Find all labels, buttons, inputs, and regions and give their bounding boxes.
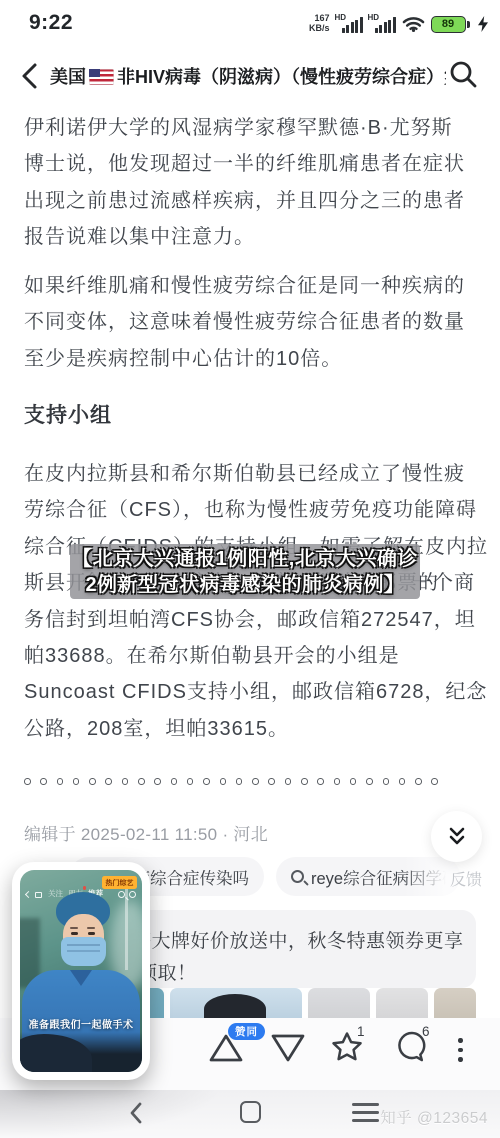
text-line: 出现之前患过流感样疾病，并且四分之三的患者 — [24, 183, 476, 219]
battery-level: 89 — [431, 16, 466, 33]
network-speed-unit: KB/s — [309, 24, 330, 34]
notification-dot — [83, 886, 87, 890]
text-line: 伊利诺伊大学的风湿病学家穆罕默德·B·尤努斯 — [24, 110, 476, 146]
paragraph-2: 如果纤维肌痛和慢性疲劳综合征是同一种疾病的 不同变体，这意味着慢性疲劳综合征患者… — [24, 268, 476, 377]
dots-divider — [24, 778, 438, 785]
floating-video-player[interactable]: 热门综艺 关注 朋友 推荐 准备跟我们一起做手术 — [12, 862, 150, 1080]
ad-text-line-1: 搭大牌好价放送中，秋冬特惠领券更享 — [132, 926, 464, 953]
text-line: 博士说，他发现超过一半的纤维肌痛患者在症状 — [24, 146, 476, 182]
text-fragment-right: 一个商 — [412, 565, 475, 601]
favorite-count: 1 — [357, 1024, 365, 1039]
paragraph-1: 伊利诺伊大学的风湿病学家穆罕默德·B·尤努斯 博士说，他发现超过一半的纤维肌痛患… — [24, 110, 476, 256]
ad-thumbnail[interactable] — [376, 988, 428, 1022]
edited-timestamp: 编辑于 2025-02-11 11:50 · 河北 — [24, 820, 268, 845]
text-line: Suncoast CFIDS支持小组，邮政信箱6728，纪念 — [24, 674, 476, 710]
page-title: 美国非HIV病毒（阴滋病）（慢性疲劳综合症）实... — [50, 63, 446, 89]
battery-icon: 89 — [431, 16, 471, 33]
charging-bolt-icon — [478, 16, 488, 32]
comment-count: 6 — [422, 1024, 430, 1039]
surgical-mask — [61, 937, 106, 966]
player-back-icon[interactable] — [25, 891, 32, 898]
text-line: 至少是疾病控制中心估计的10倍。 — [24, 341, 476, 377]
page-title-pre: 美国 — [50, 67, 86, 87]
text-line: 如果纤维肌痛和慢性疲劳综合征是同一种疾病的 — [24, 268, 476, 304]
search-button[interactable] — [449, 60, 478, 89]
nav-home-button[interactable] — [240, 1101, 261, 1123]
system-nav-bar: 知乎 @123654 — [0, 1090, 500, 1138]
app-screen: 9:22 167 KB/s HD HD — [0, 0, 500, 1138]
ad-thumbnail[interactable] — [308, 988, 370, 1022]
back-button[interactable] — [20, 62, 42, 90]
section-heading: 支持小组 — [24, 399, 112, 429]
watermark-line-1: 【北京大兴通报1例阳性,北京大兴确诊 — [72, 546, 418, 572]
cast-icon[interactable] — [35, 892, 42, 898]
signal-sim2-icon: HD — [369, 13, 396, 35]
text-line: 报告说难以集中注意力。 — [24, 219, 476, 255]
watermark-overlay: 【北京大兴通报1例阳性,北京大兴确诊 2例新型冠状病毒感染的肺炎病例】 — [70, 544, 420, 599]
text-line: 不同变体，这意味着慢性疲劳综合征患者的数量 — [24, 304, 476, 340]
paragraph-3: 在皮内拉斯县和希尔斯伯勒县已经成立了慢性疲 劳综合征（CFS），也称为慢性疲劳免… — [24, 456, 476, 747]
video-content[interactable]: 热门综艺 关注 朋友 推荐 准备跟我们一起做手术 — [20, 870, 142, 1072]
status-bar: 9:22 167 KB/s HD HD — [0, 0, 500, 48]
player-profile-icon[interactable] — [129, 891, 136, 898]
collapse-answer-button[interactable] — [431, 811, 482, 862]
page-title-rest: 非HIV病毒（阴滋病）（慢性疲劳综合症）实... — [117, 67, 446, 87]
related-search-chip-2[interactable]: reye综合征病因学研 — [276, 857, 460, 896]
downvote-button[interactable] — [270, 1032, 306, 1064]
more-options-button[interactable] — [458, 1038, 463, 1062]
wifi-icon — [402, 15, 425, 33]
text-line: 在皮内拉斯县和希尔斯伯勒县已经成立了慢性疲 — [24, 456, 476, 492]
ad-thumbnail[interactable] — [170, 988, 302, 1022]
search-icon — [291, 870, 304, 883]
text-line: 劳综合征（CFS），也称为慢性疲劳免疫功能障碍 — [24, 492, 476, 528]
text-line: 帕33688。在希尔斯伯勒县开会的小组是 — [24, 638, 476, 674]
watermark-line-2: 2例新型冠状病毒感染的肺炎病例】 — [85, 572, 404, 598]
upvote-badge: 赞同 — [228, 1023, 265, 1040]
status-icons: 167 KB/s HD HD 89 — [309, 8, 488, 40]
clock: 9:22 — [29, 11, 73, 35]
zhihu-watermark: 知乎 @123654 — [380, 1106, 488, 1128]
text-line: 公路，208室，坦帕33615。 — [24, 711, 476, 747]
us-flag-icon — [89, 69, 114, 85]
signal-sim1-icon: HD — [336, 13, 363, 35]
video-caption: 准备跟我们一起做手术 — [20, 1016, 142, 1031]
player-search-icon[interactable] — [118, 891, 125, 898]
network-speed: 167 KB/s — [309, 14, 330, 34]
feedback-link[interactable]: 反馈 — [450, 867, 482, 890]
text-line: 务信封到坦帕湾CFS协会，邮政信箱272547，坦 — [24, 602, 476, 638]
nav-menu-button[interactable] — [352, 1103, 379, 1122]
title-bar: 美国非HIV病毒（阴滋病）（慢性疲劳综合症）实... — [0, 48, 500, 102]
nav-back-button[interactable] — [128, 1101, 144, 1125]
ad-thumbnail[interactable] — [434, 988, 476, 1022]
